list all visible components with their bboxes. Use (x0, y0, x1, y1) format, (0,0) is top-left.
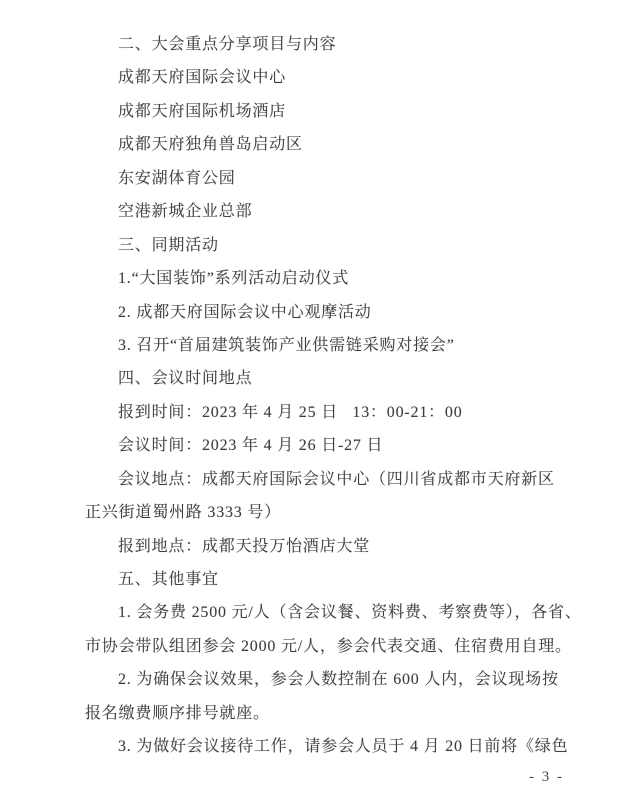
text-line: 四、会议时间地点 (85, 362, 577, 395)
text-line: 报到地点：成都天投万怡酒店大堂 (85, 530, 577, 563)
text-line: 3. 召开“首届建筑装饰产业供需链采购对接会” (85, 329, 577, 362)
text-line: 1.“大国装饰”系列活动启动仪式 (85, 262, 577, 295)
text-line: 三、同期活动 (85, 229, 577, 262)
text-line: 报名缴费顺序排号就座。 (85, 697, 577, 730)
text-line: 成都天府国际机场酒店 (85, 95, 577, 128)
text-line: 成都天府国际会议中心 (85, 61, 577, 94)
text-line: 会议时间：2023 年 4 月 26 日-27 日 (85, 429, 577, 462)
text-line: 2. 为确保会议效果，参会人数控制在 600 人内，会议现场按 (85, 663, 577, 696)
document-page: 二、大会重点分享项目与内容成都天府国际会议中心成都天府国际机场酒店成都天府独角兽… (0, 0, 632, 810)
text-line: 2. 成都天府国际会议中心观摩活动 (85, 296, 577, 329)
text-line: 东安湖体育公园 (85, 162, 577, 195)
text-line: 正兴街道蜀州路 3333 号） (85, 496, 577, 529)
page-number: - 3 - (529, 769, 564, 786)
text-line: 五、其他事宜 (85, 563, 577, 596)
text-line: 市协会带队组团参会 2000 元/人，参会代表交通、住宿费用自理。 (85, 630, 577, 663)
text-line: 1. 会务费 2500 元/人（含会议餐、资料费、考察费等），各省、 (85, 596, 577, 629)
document-body: 二、大会重点分享项目与内容成都天府国际会议中心成都天府国际机场酒店成都天府独角兽… (85, 28, 577, 764)
text-line: 报到时间：2023 年 4 月 25 日 13：00-21：00 (85, 396, 577, 429)
text-line: 二、大会重点分享项目与内容 (85, 28, 577, 61)
text-line: 会议地点：成都天府国际会议中心（四川省成都市天府新区 (85, 463, 577, 496)
text-line: 成都天府独角兽岛启动区 (85, 128, 577, 161)
text-line: 3. 为做好会议接待工作，请参会人员于 4 月 20 日前将《绿色 (85, 730, 577, 763)
text-line: 空港新城企业总部 (85, 195, 577, 228)
